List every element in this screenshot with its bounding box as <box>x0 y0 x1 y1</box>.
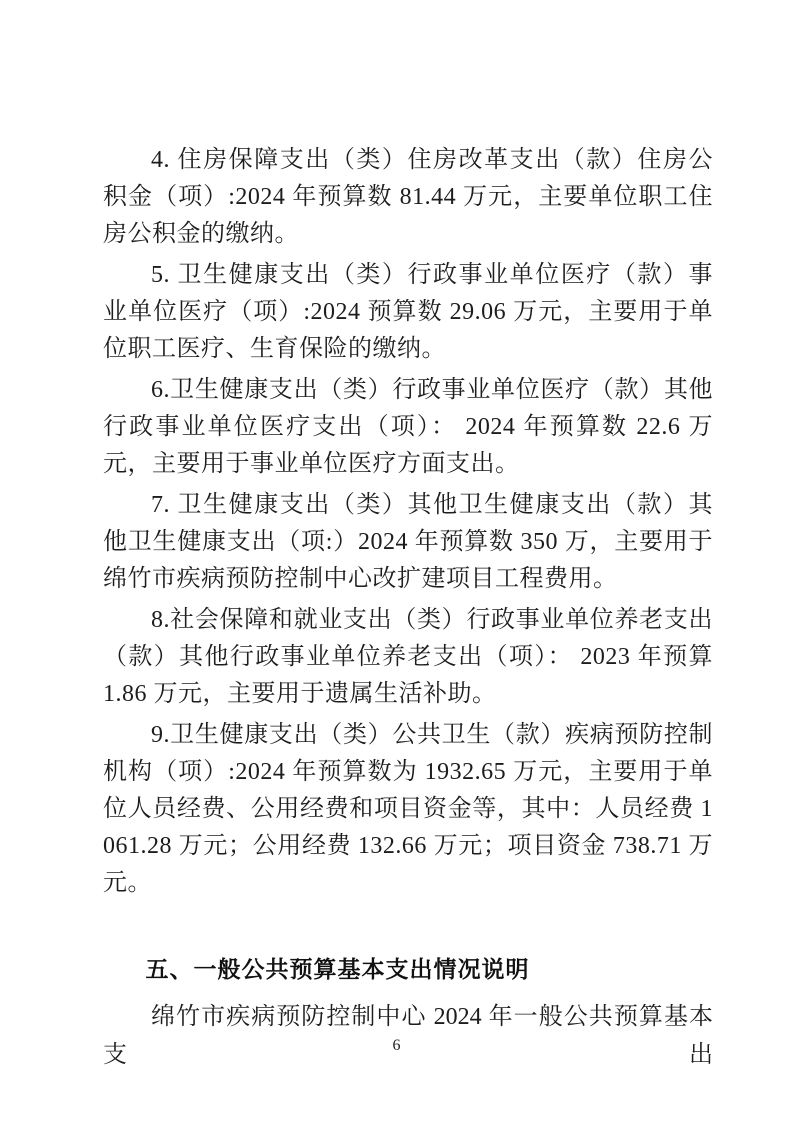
section-heading: 五、一般公共预算基本支出情况说明 <box>103 954 713 984</box>
budget-item-paragraph-9: 9.卫生健康支出（类）公共卫生（款）疾病预防控制机构（项）:2024 年预算数为… <box>103 717 713 902</box>
page-number: 6 <box>393 1037 401 1054</box>
page-footer: 6 <box>0 1036 793 1056</box>
budget-item-paragraph-5: 5. 卫生健康支出（类）行政事业单位医疗（款）事业单位医疗（项）:2024 预算… <box>103 257 713 368</box>
document-page: 4. 住房保障支出（类）住房改革支出（款）住房公积金（项）:2024 年预算数 … <box>0 0 793 1122</box>
budget-item-paragraph-7: 7. 卫生健康支出（类）其他卫生健康支出（款）其他卫生健康支出（项:）2024 … <box>103 487 713 598</box>
budget-item-paragraph-4: 4. 住房保障支出（类）住房改革支出（款）住房公积金（项）:2024 年预算数 … <box>103 142 713 253</box>
page-content: 4. 住房保障支出（类）住房改革支出（款）住房公积金（项）:2024 年预算数 … <box>103 142 713 1074</box>
budget-item-paragraph-6: 6.卫生健康支出（类）行政事业单位医疗（款）其他行政事业单位医疗支出（项）： 2… <box>103 372 713 483</box>
budget-item-paragraph-8: 8.社会保障和就业支出（类）行政事业单位养老支出（款）其他行政事业单位养老支出（… <box>103 602 713 713</box>
